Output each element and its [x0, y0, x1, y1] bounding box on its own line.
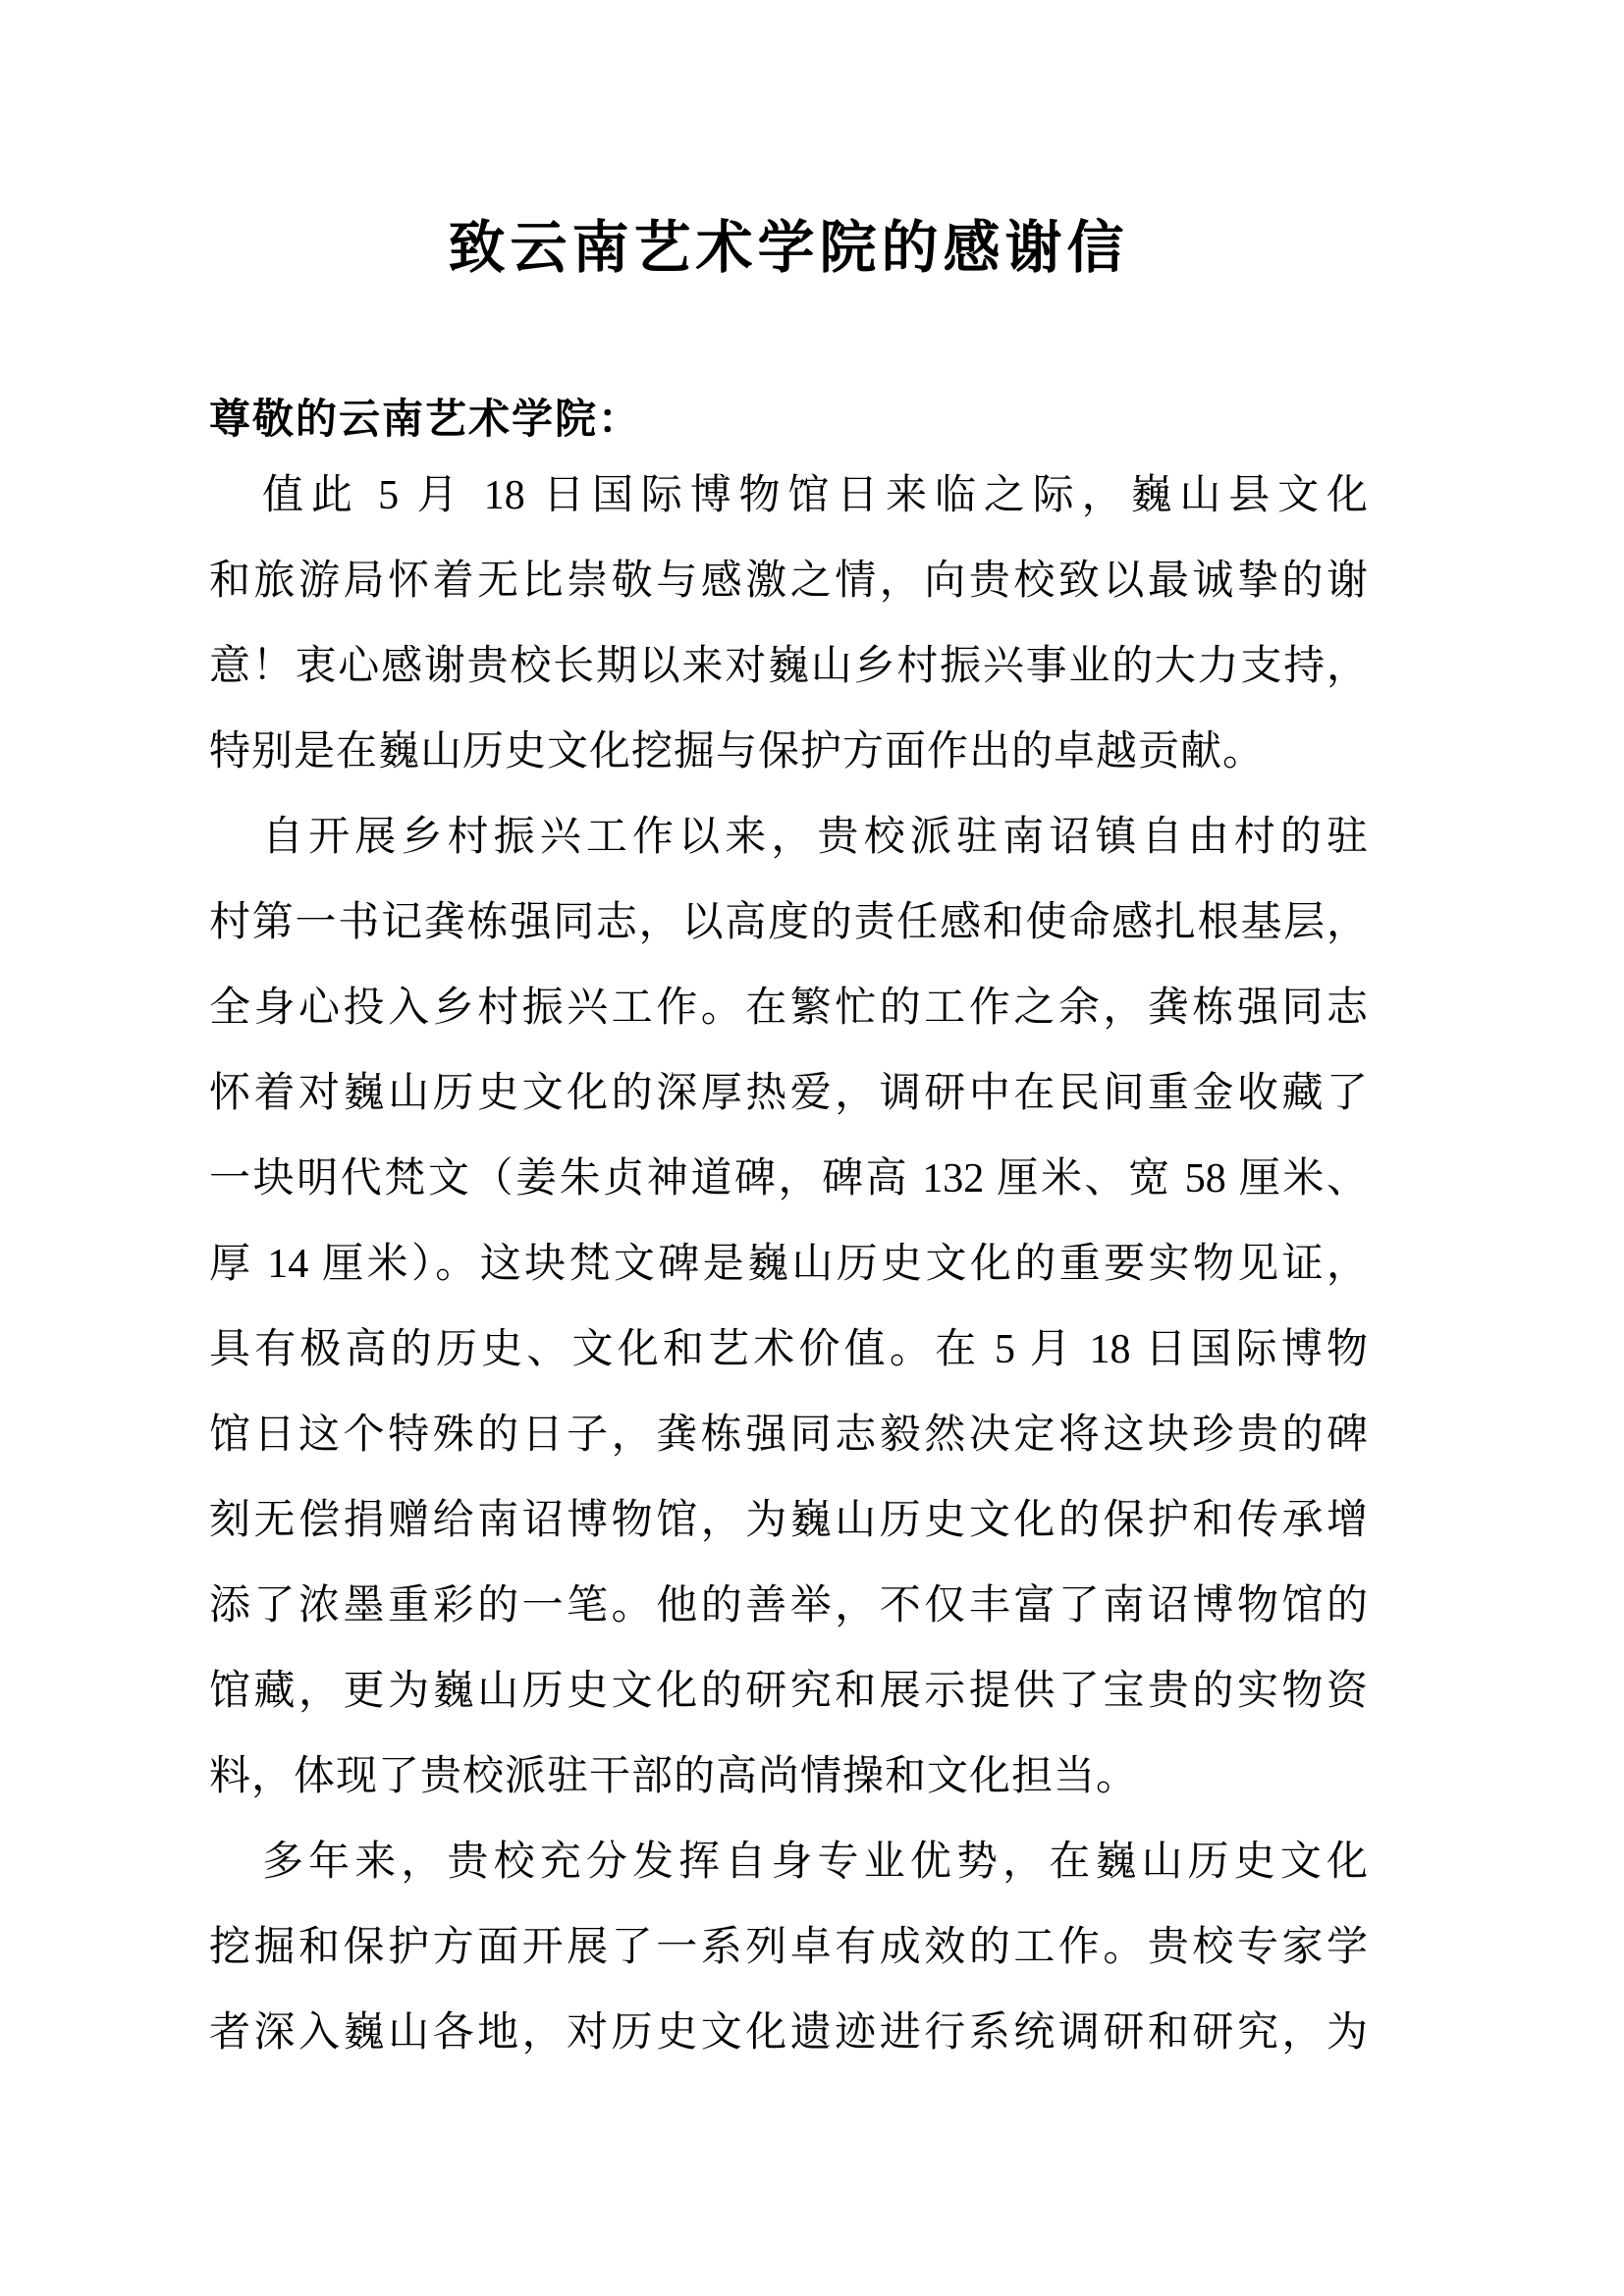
letter-line: 料，体现了贵校派驻干部的高尚情操和文化担当。: [209, 1735, 1368, 1820]
letter-line: 全身心投入乡村振兴工作。在繁忙的工作之余，龚栋强同志: [209, 966, 1368, 1051]
letter-line: 村第一书记龚栋强同志，以高度的责任感和使命感扎根基层，: [209, 881, 1368, 966]
letter-line: 厚 14 厘米）。这块梵文碑是巍山历史文化的重要实物见证，: [209, 1222, 1368, 1308]
letter-line: 怀着对巍山历史文化的深厚热爱，调研中在民间重金收藏了: [209, 1051, 1368, 1137]
letter-line: 具有极高的历史、文化和艺术价值。在 5 月 18 日国际博物: [209, 1308, 1368, 1393]
document-page: 致云南艺术学院的感谢信 尊敬的云南艺术学院： 值此 5 月 18 日国际博物馆日…: [0, 0, 1624, 2296]
letter-line: 馆日这个特殊的日子，龚栋强同志毅然决定将这块珍贵的碑: [209, 1393, 1368, 1478]
letter-line: 和旅游局怀着无比崇敬与感激之情，向贵校致以最诚挚的谢: [209, 539, 1368, 624]
letter-body: 值此 5 月 18 日国际博物馆日来临之际，巍山县文化 和旅游局怀着无比崇敬与感…: [209, 454, 1368, 2076]
letter-line: 挖掘和保护方面开展了一系列卓有成效的工作。贵校专家学: [209, 1905, 1368, 1991]
letter-salutation: 尊敬的云南艺术学院：: [209, 387, 641, 446]
letter-line: 一块明代梵文（姜朱贞神道碑，碑高 132 厘米、宽 58 厘米、: [209, 1137, 1368, 1222]
letter-line: 馆藏，更为巍山历史文化的研究和展示提供了宝贵的实物资: [209, 1649, 1368, 1735]
letter-line: 多年来，贵校充分发挥自身专业优势，在巍山历史文化: [209, 1820, 1368, 1905]
letter-line: 添了浓墨重彩的一笔。他的善举，不仅丰富了南诏博物馆的: [209, 1564, 1368, 1649]
letter-line: 特别是在巍山历史文化挖掘与保护方面作出的卓越贡献。: [209, 710, 1368, 795]
letter-title: 致云南艺术学院的感谢信: [209, 201, 1368, 284]
letter-line: 意！衷心感谢贵校长期以来对巍山乡村振兴事业的大力支持，: [209, 624, 1368, 710]
letter-line: 者深入巍山各地，对历史文化遗迹进行系统调研和研究，为: [209, 1991, 1368, 2076]
letter-line: 自开展乡村振兴工作以来，贵校派驻南诏镇自由村的驻: [209, 795, 1368, 881]
letter-line: 值此 5 月 18 日国际博物馆日来临之际，巍山县文化: [209, 454, 1368, 539]
letter-line: 刻无偿捐赠给南诏博物馆，为巍山历史文化的保护和传承增: [209, 1478, 1368, 1564]
